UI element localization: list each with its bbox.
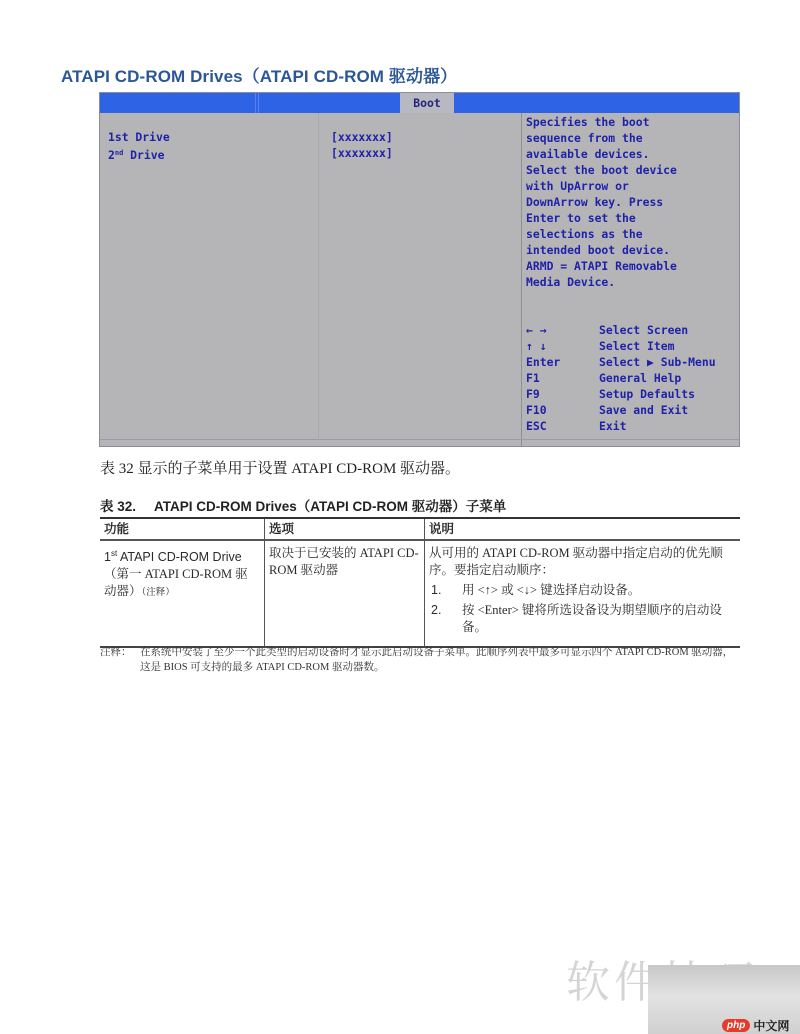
footnote-text: 在系统中安装了至少一个此类型的启动设备时才显示此启动设备子菜单。此顺序列表中最多… — [140, 645, 740, 675]
step-item: 1.用 <↑> 或 <↓> 键选择启动设备。 — [429, 582, 735, 599]
table-caption: 表 32.ATAPI CD-ROM Drives（ATAPI CD-ROM 驱动… — [100, 495, 506, 515]
step-item: 2.按 <Enter> 键将所选设备设为期望顺序的启动设备。 — [429, 602, 735, 636]
column-divider — [318, 113, 319, 438]
cell-option: 取决于已安装的 ATAPI CD-ROM 驱动器 — [265, 540, 425, 647]
section-title: ATAPI CD-ROM Drives（ATAPI CD-ROM 驱动器） — [61, 62, 457, 87]
table-row: 1st ATAPI CD-ROM Drive （第一 ATAPI CD-ROM … — [100, 540, 740, 647]
item-label: 1st Drive — [108, 129, 170, 145]
key-legend-row: ↑ ↓Select Item — [526, 338, 738, 354]
footnote: 注释： 在系统中安装了至少一个此类型的启动设备时才显示此启动设备子菜单。此顺序列… — [100, 645, 740, 675]
cell-feature: 1st ATAPI CD-ROM Drive （第一 ATAPI CD-ROM … — [100, 540, 265, 647]
site-logo: php 中文网 — [722, 1018, 789, 1032]
key-legend-row: F10Save and Exit — [526, 402, 738, 418]
bios-menu-bar: Boot — [100, 93, 739, 113]
key-legend-row: ESCExit — [526, 418, 738, 434]
intro-paragraph: 表 32 显示的子菜单用于设置 ATAPI CD-ROM 驱动器。 — [100, 457, 460, 478]
header-description: 说明 — [425, 518, 741, 540]
item-label: 2nd Drive — [108, 145, 164, 163]
footnote-label: 注释： — [100, 645, 132, 660]
header-option: 选项 — [265, 518, 425, 540]
key-legend-row: ← →Select Screen — [526, 322, 738, 338]
header-feature: 功能 — [100, 518, 265, 540]
bottom-border — [100, 439, 739, 440]
key-legend: ← →Select Screen ↑ ↓Select Item EnterSel… — [526, 322, 738, 434]
bios-setup-screen: Boot 1st Drive [xxxxxxx] 2nd Drive [xxxx… — [99, 92, 740, 447]
steps-list: 1.用 <↑> 或 <↓> 键选择启动设备。 2.按 <Enter> 键将所选设… — [429, 582, 735, 636]
key-legend-row: F9Setup Defaults — [526, 386, 738, 402]
key-legend-row: F1General Help — [526, 370, 738, 386]
item-value[interactable]: [xxxxxxx] — [331, 145, 393, 161]
cell-description: 从可用的 ATAPI CD-ROM 驱动器中指定启动的优先顺序。要指定启动顺序：… — [425, 540, 741, 647]
table-header-row: 功能 选项 说明 — [100, 518, 740, 540]
submenu-table: 功能 选项 说明 1st ATAPI CD-ROM Drive （第一 ATAP… — [100, 517, 740, 648]
help-panel-divider — [521, 113, 522, 446]
item-value[interactable]: [xxxxxxx] — [331, 129, 393, 145]
key-legend-row: EnterSelect ▶ Sub-Menu — [526, 354, 738, 370]
php-logo-icon: php — [722, 1019, 750, 1032]
help-text: Specifies the boot sequence from the ava… — [526, 114, 738, 290]
tab-boot[interactable]: Boot — [400, 93, 454, 113]
